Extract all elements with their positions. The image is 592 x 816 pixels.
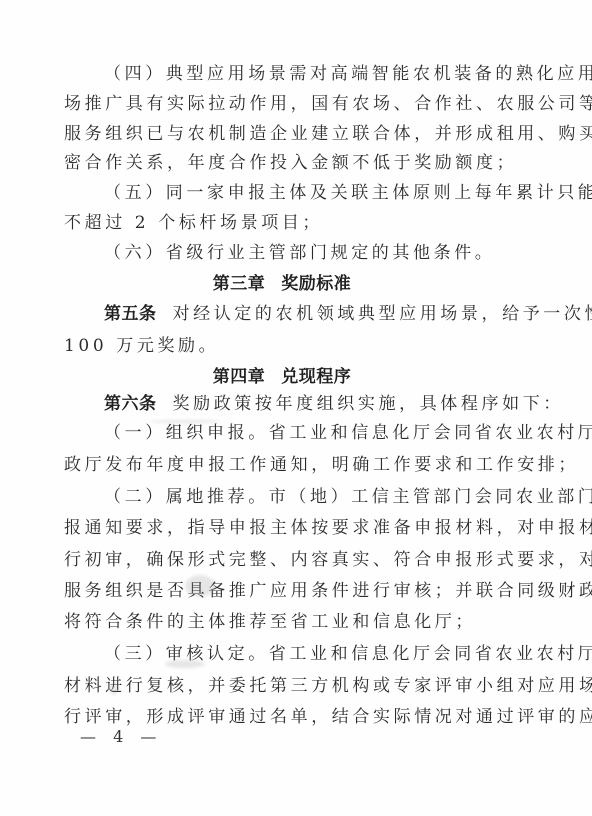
paragraph-line: 服务组织已与农机制造企业建立联合体，并形成租用、购买等紧 bbox=[64, 119, 504, 149]
paragraph-line: （一）组织申报。省工业和信息化厅会同省农业农村厅、省财 bbox=[64, 418, 504, 448]
article-line: 第六条奖励政策按年度组织实施，具体程序如下： bbox=[64, 389, 504, 419]
chapter-heading: 第三章奖励标准 bbox=[64, 269, 500, 299]
paragraph-line: 场推广具有实际拉动作用，国有农场、合作社、农服公司等农机 bbox=[64, 89, 504, 119]
chapter-heading: 第四章兑现程序 bbox=[64, 362, 500, 392]
chapter-title: 奖励标准 bbox=[281, 274, 351, 294]
chapter-title: 兑现程序 bbox=[281, 367, 351, 387]
paragraph-line: 材料进行复核，并委托第三方机构或专家评审小组对应用场景进 bbox=[64, 671, 504, 701]
article-label: 第五条 bbox=[104, 304, 157, 324]
article-text: 奖励政策按年度组织实施，具体程序如下： bbox=[173, 394, 564, 414]
paragraph-line: 不超过 2 个标杆场景项目； bbox=[64, 208, 504, 238]
scan-smudge bbox=[165, 660, 205, 668]
paragraph-line: （六）省级行业主管部门规定的其他条件。 bbox=[64, 238, 504, 268]
paragraph-line: 行初审，确保形式完整、内容真实、符合申报形式要求，对农机 bbox=[64, 545, 504, 575]
chapter-number: 第三章 bbox=[213, 274, 266, 294]
paragraph-line: 政厅发布年度申报工作通知，明确工作要求和工作安排； bbox=[64, 450, 504, 480]
chapter-number: 第四章 bbox=[213, 367, 266, 387]
scan-smudge bbox=[185, 575, 215, 597]
scan-smudge bbox=[110, 683, 118, 695]
paragraph-line: 将符合条件的主体推荐至省工业和信息化厅； bbox=[64, 607, 504, 637]
article-line: 第五条对经认定的农机领域典型应用场景，给予一次性 bbox=[64, 299, 504, 329]
paragraph-line: 100 万元奖励。 bbox=[64, 331, 504, 361]
paragraph-line: （四）典型应用场景需对高端智能农机装备的熟化应用及市 bbox=[64, 59, 504, 89]
document-page: （四）典型应用场景需对高端智能农机装备的熟化应用及市 场推广具有实际拉动作用，国… bbox=[0, 0, 592, 816]
paragraph-line: 报通知要求，指导申报主体按要求准备申报材料，对申报材料进 bbox=[64, 513, 504, 543]
article-text: 对经认定的农机领域典型应用场景，给予一次性 bbox=[173, 304, 592, 324]
paragraph-line: 服务组织是否具备推广应用条件进行审核；并联合同级财政部门 bbox=[64, 576, 504, 606]
scan-smudge bbox=[150, 420, 220, 423]
paragraph-line: （二）属地推荐。市（地）工信主管部门会同农业部门依据申 bbox=[64, 482, 504, 512]
paragraph-line: （三）审核认定。省工业和信息化厅会同省农业农村厅对申报 bbox=[64, 639, 504, 669]
paragraph-line: （五）同一家申报主体及关联主体原则上每年累计只能申请 bbox=[64, 178, 504, 208]
paragraph-line: 密合作关系，年度合作投入金额不低于奖励额度； bbox=[64, 148, 504, 178]
article-label: 第六条 bbox=[104, 394, 157, 414]
page-number: — 4 — bbox=[80, 724, 162, 750]
